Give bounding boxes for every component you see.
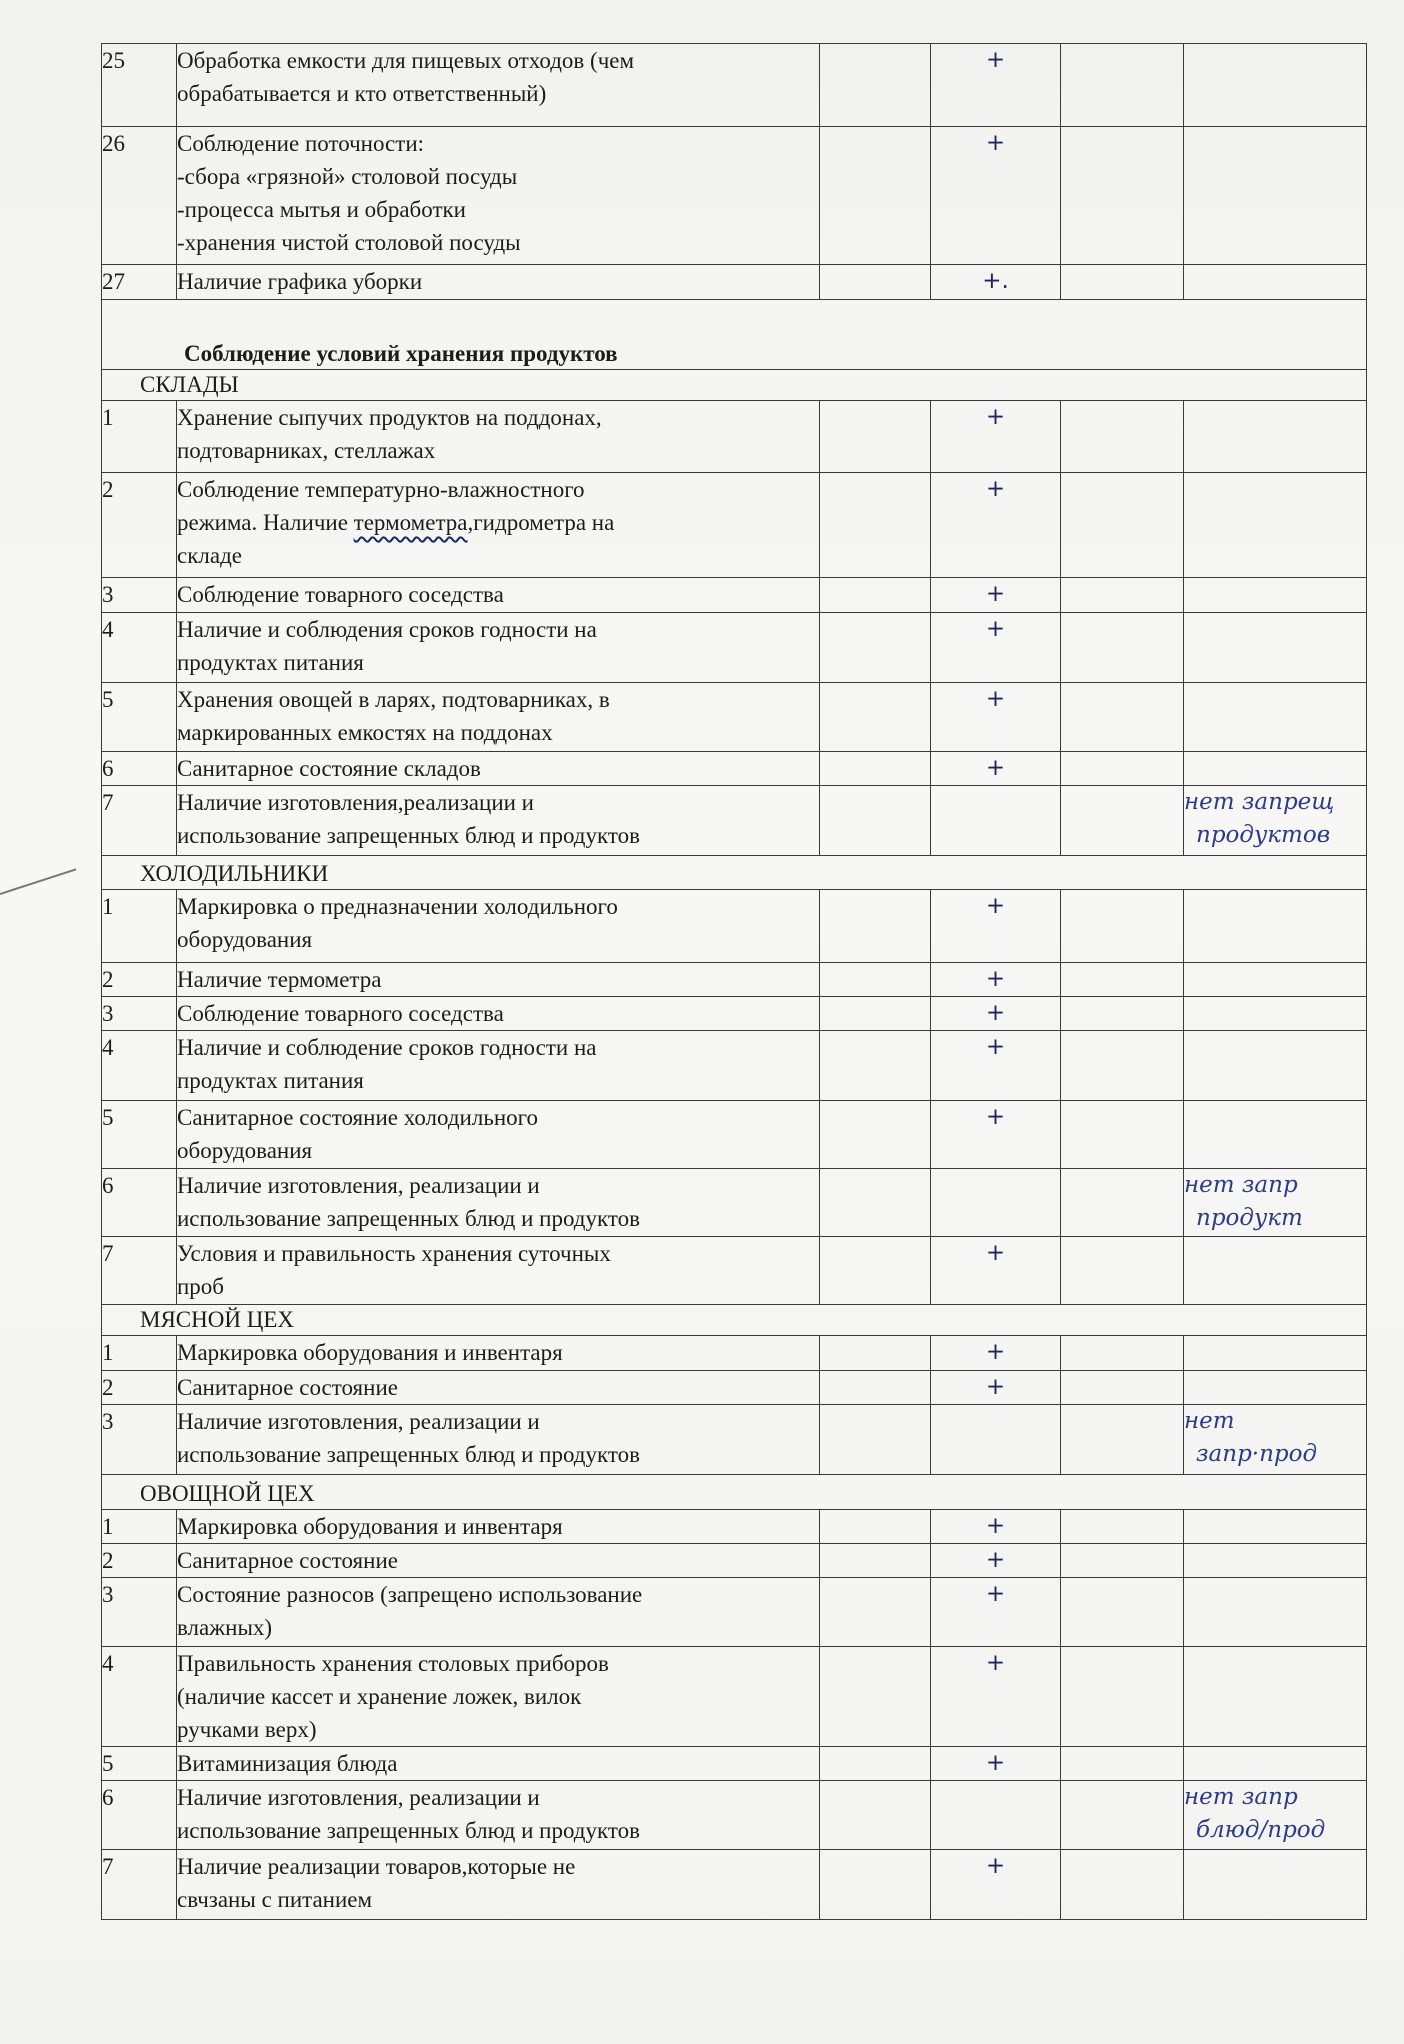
criterion-line: (наличие кассет и хранение ложек, вилок — [177, 1680, 819, 1713]
criterion-line: Обработка емкости для пищевых отходов (ч… — [177, 44, 819, 77]
table-row: 1Маркировка оборудования и инвентаря+ — [102, 1510, 1367, 1544]
criterion-line: Маркировка оборудования и инвентаря — [177, 1336, 819, 1369]
criterion-line: Хранения овощей в ларях, подтоварниках, … — [177, 683, 819, 716]
handwritten-plus-mark — [931, 1169, 1061, 1237]
cell-empty — [820, 786, 931, 856]
handwritten-plus-mark: + — [931, 401, 1061, 473]
subsection-title: СКЛАДЫ — [102, 370, 1367, 401]
cell-empty — [820, 1544, 931, 1578]
handwritten-plus-mark: + — [931, 578, 1061, 613]
row-criterion-text: Маркировка оборудования и инвентаря — [177, 1336, 820, 1371]
subsection-title: МЯСНОЙ ЦЕХ — [102, 1305, 1367, 1336]
handwritten-note: нет запрещпродуктов — [1184, 786, 1367, 856]
row-criterion-text: Наличие изготовления, реализации иисполь… — [177, 1781, 820, 1850]
criterion-line: ручками верх) — [177, 1713, 819, 1746]
row-criterion-text: Хранения овощей в ларях, подтоварниках, … — [177, 683, 820, 752]
cell-empty — [820, 1405, 931, 1475]
table-row: 27Наличие графика уборки+. — [102, 265, 1367, 300]
handwritten-plus-mark: + — [931, 1747, 1061, 1781]
cell-empty — [820, 613, 931, 683]
row-criterion-text: Санитарное состояние — [177, 1371, 820, 1405]
table-row: 1Маркировка о предназначении холодильног… — [102, 890, 1367, 963]
cell-empty — [1061, 1510, 1184, 1544]
table-row: 2Наличие термометра+ — [102, 963, 1367, 997]
handwritten-plus-mark: + — [931, 613, 1061, 683]
table-row: 3Соблюдение товарного соседства+ — [102, 578, 1367, 613]
cell-empty — [1061, 1237, 1184, 1305]
criterion-line: -процесса мытья и обработки — [177, 193, 819, 226]
cell-empty — [820, 1647, 931, 1747]
row-criterion-text: Маркировка оборудования и инвентаря — [177, 1510, 820, 1544]
row-number: 7 — [102, 1850, 177, 1920]
row-number: 1 — [102, 401, 177, 473]
handwritten-note — [1184, 1371, 1367, 1405]
handwritten-plus-mark: + — [931, 1578, 1061, 1647]
criterion-line: Санитарное состояние — [177, 1544, 819, 1577]
table-row: 26Соблюдение поточности:-сбора «грязной»… — [102, 127, 1367, 265]
cell-empty — [820, 44, 931, 127]
row-criterion-text: Маркировка о предназначении холодильного… — [177, 890, 820, 963]
handwritten-note — [1184, 683, 1367, 752]
row-criterion-text: Соблюдение температурно-влажностногорежи… — [177, 473, 820, 578]
handwritten-plus-mark: + — [931, 1101, 1061, 1169]
row-criterion-text: Обработка емкости для пищевых отходов (ч… — [177, 44, 820, 127]
row-criterion-text: Наличие термометра — [177, 963, 820, 997]
note-line: нет — [1184, 1405, 1366, 1438]
handwritten-plus-mark: + — [931, 683, 1061, 752]
criterion-line: Маркировка оборудования и инвентаря — [177, 1510, 819, 1543]
cell-empty — [1061, 997, 1184, 1031]
criterion-line: Санитарное состояние складов — [177, 752, 819, 785]
cell-empty — [820, 1169, 931, 1237]
table-row: 6Наличие изготовления, реализации ииспол… — [102, 1169, 1367, 1237]
row-number: 2 — [102, 1371, 177, 1405]
note-line: нет запрещ — [1184, 786, 1366, 819]
note-line: нет запр — [1184, 1781, 1366, 1814]
handwritten-plus-mark: + — [931, 1544, 1061, 1578]
cell-empty — [820, 401, 931, 473]
table-row: 7Наличие изготовления,реализации иисполь… — [102, 786, 1367, 856]
subsection-title: ОВОЩНОЙ ЦЕХ — [102, 1475, 1367, 1510]
handwritten-note — [1184, 1510, 1367, 1544]
cell-empty — [820, 265, 931, 300]
cell-empty — [820, 683, 931, 752]
cell-empty — [820, 1031, 931, 1101]
criterion-line: Наличие и соблюдения сроков годности на — [177, 613, 819, 646]
row-number: 4 — [102, 1647, 177, 1747]
handwritten-plus-mark — [931, 1781, 1061, 1850]
handwritten-plus-mark: + — [931, 963, 1061, 997]
row-criterion-text: Санитарное состояние складов — [177, 752, 820, 786]
handwritten-plus-mark: + — [931, 1336, 1061, 1371]
handwritten-note — [1184, 401, 1367, 473]
handwritten-plus-mark: + — [931, 44, 1061, 127]
table-row: 3Соблюдение товарного соседства+ — [102, 997, 1367, 1031]
handwritten-plus-mark: + — [931, 997, 1061, 1031]
handwritten-note — [1184, 265, 1367, 300]
criterion-line: Наличие изготовления, реализации и — [177, 1781, 819, 1814]
criterion-line: Наличие изготовления, реализации и — [177, 1405, 819, 1438]
cell-empty — [1061, 683, 1184, 752]
cell-empty — [1061, 1747, 1184, 1781]
criterion-line: Наличие графика уборки — [177, 265, 819, 298]
row-criterion-text: Наличие графика уборки — [177, 265, 820, 300]
inspection-checklist-table: 25Обработка емкости для пищевых отходов … — [101, 43, 1367, 1920]
cell-empty — [1061, 265, 1184, 300]
cell-empty — [820, 1850, 931, 1920]
row-number: 5 — [102, 1747, 177, 1781]
cell-empty — [820, 890, 931, 963]
row-criterion-text: Наличие изготовления,реализации ииспольз… — [177, 786, 820, 856]
row-criterion-text: Наличие изготовления, реализации иисполь… — [177, 1169, 820, 1237]
cell-empty — [820, 997, 931, 1031]
cell-empty — [820, 1747, 931, 1781]
handwritten-note — [1184, 1747, 1367, 1781]
criterion-line: Наличие термометра — [177, 963, 819, 996]
handwritten-plus-mark: + — [931, 1510, 1061, 1544]
cell-empty — [1061, 1336, 1184, 1371]
criterion-line: Наличие изготовления, реализации и — [177, 1169, 819, 1202]
handwritten-note — [1184, 1101, 1367, 1169]
stray-pen-stroke — [0, 868, 76, 895]
criterion-line: -сбора «грязной» столовой посуды — [177, 160, 819, 193]
row-number: 4 — [102, 1031, 177, 1101]
section-header-row: Соблюдение условий хранения продуктов — [102, 300, 1367, 370]
row-number: 4 — [102, 613, 177, 683]
handwritten-note — [1184, 1647, 1367, 1747]
handwritten-note — [1184, 1850, 1367, 1920]
row-criterion-text: Наличие изготовления, реализации иисполь… — [177, 1405, 820, 1475]
row-number: 5 — [102, 683, 177, 752]
row-criterion-text: Соблюдение поточности:-сбора «грязной» с… — [177, 127, 820, 265]
row-criterion-text: Условия и правильность хранения суточных… — [177, 1237, 820, 1305]
row-number: 3 — [102, 1578, 177, 1647]
handwritten-note — [1184, 890, 1367, 963]
handwritten-plus-mark: + — [931, 1647, 1061, 1747]
row-number: 2 — [102, 963, 177, 997]
criterion-line: Соблюдение температурно-влажностного — [177, 473, 819, 506]
cell-empty — [820, 473, 931, 578]
note-line: продукт — [1184, 1202, 1366, 1235]
criterion-line: продуктах питания — [177, 1064, 819, 1097]
section-header-row: ОВОЩНОЙ ЦЕХ — [102, 1475, 1367, 1510]
table-row: 4Наличие и соблюдение сроков годности на… — [102, 1031, 1367, 1101]
row-criterion-text: Соблюдение товарного соседства — [177, 997, 820, 1031]
handwritten-plus-mark: + — [931, 1371, 1061, 1405]
cell-empty — [820, 578, 931, 613]
criterion-line: Санитарное состояние холодильного — [177, 1101, 819, 1134]
criterion-line: Санитарное состояние — [177, 1371, 819, 1404]
row-number: 2 — [102, 1544, 177, 1578]
note-line: продуктов — [1184, 819, 1366, 852]
criterion-line: -хранения чистой столовой посуды — [177, 226, 819, 259]
row-number: 1 — [102, 1336, 177, 1371]
criterion-line: проб — [177, 1270, 819, 1303]
row-number: 2 — [102, 473, 177, 578]
handwritten-plus-mark: +. — [931, 265, 1061, 300]
row-number: 3 — [102, 997, 177, 1031]
criterion-line: Наличие реализации товаров,которые не — [177, 1850, 819, 1883]
cell-empty — [1061, 890, 1184, 963]
cell-empty — [1061, 1169, 1184, 1237]
handwritten-note — [1184, 1544, 1367, 1578]
cell-empty — [1061, 1647, 1184, 1747]
row-criterion-text: Наличие и соблюдение сроков годности нап… — [177, 1031, 820, 1101]
criterion-line: режима. Наличие термометра,гидрометра на — [177, 506, 819, 539]
cell-empty — [1061, 1781, 1184, 1850]
criterion-line: оборудования — [177, 923, 819, 956]
cell-empty — [820, 1510, 931, 1544]
criterion-line: Наличие и соблюдение сроков годности на — [177, 1031, 819, 1064]
row-criterion-text: Наличие и соблюдения сроков годности нап… — [177, 613, 820, 683]
cell-empty — [820, 1336, 931, 1371]
handwritten-note — [1184, 963, 1367, 997]
row-criterion-text: Санитарное состояние холодильногооборудо… — [177, 1101, 820, 1169]
table-row: 25Обработка емкости для пищевых отходов … — [102, 44, 1367, 127]
table-row: 4Наличие и соблюдения сроков годности на… — [102, 613, 1367, 683]
table-row: 3Наличие изготовления, реализации ииспол… — [102, 1405, 1367, 1475]
handwritten-note — [1184, 127, 1367, 265]
table-row: 2Санитарное состояние+ — [102, 1544, 1367, 1578]
section-header-row: СКЛАДЫ — [102, 370, 1367, 401]
criterion-line: Правильность хранения столовых приборов — [177, 1647, 819, 1680]
handwritten-plus-mark: + — [931, 127, 1061, 265]
row-number: 27 — [102, 265, 177, 300]
table-row: 5Хранения овощей в ларях, подтоварниках,… — [102, 683, 1367, 752]
cell-empty — [1061, 1578, 1184, 1647]
row-number: 25 — [102, 44, 177, 127]
handwritten-note: нет запрблюд/прод — [1184, 1781, 1367, 1850]
handwritten-note — [1184, 1237, 1367, 1305]
row-criterion-text: Состояние разносов (запрещено использова… — [177, 1578, 820, 1647]
table-row: 6Наличие изготовления, реализации ииспол… — [102, 1781, 1367, 1850]
table-row: 7Наличие реализации товаров,которые несв… — [102, 1850, 1367, 1920]
criterion-line: продуктах питания — [177, 646, 819, 679]
row-criterion-text: Санитарное состояние — [177, 1544, 820, 1578]
criterion-line: обрабатывается и кто ответственный) — [177, 77, 819, 110]
cell-empty — [820, 1371, 931, 1405]
cell-empty — [1061, 1031, 1184, 1101]
cell-empty — [1061, 473, 1184, 578]
criterion-line: Маркировка о предназначении холодильного — [177, 890, 819, 923]
table-row: 2Санитарное состояние+ — [102, 1371, 1367, 1405]
row-criterion-text: Хранение сыпучих продуктов на поддонах,п… — [177, 401, 820, 473]
handwritten-plus-mark: + — [931, 890, 1061, 963]
row-number: 26 — [102, 127, 177, 265]
cell-empty — [820, 1101, 931, 1169]
cell-empty — [1061, 1101, 1184, 1169]
note-line: нет запр — [1184, 1169, 1366, 1202]
table-row: 4Правильность хранения столовых приборов… — [102, 1647, 1367, 1747]
handwritten-note — [1184, 44, 1367, 127]
handwritten-note — [1184, 752, 1367, 786]
cell-empty — [1061, 752, 1184, 786]
section-title: Соблюдение условий хранения продуктов — [102, 300, 1367, 370]
handwritten-note — [1184, 1578, 1367, 1647]
handwritten-note — [1184, 613, 1367, 683]
handwritten-note: нет запрпродукт — [1184, 1169, 1367, 1237]
cell-empty — [820, 752, 931, 786]
row-number: 6 — [102, 1781, 177, 1850]
table-row: 3Состояние разносов (запрещено использов… — [102, 1578, 1367, 1647]
table-row: 1Хранение сыпучих продуктов на поддонах,… — [102, 401, 1367, 473]
cell-empty — [1061, 401, 1184, 473]
subsection-title: ХОЛОДИЛЬНИКИ — [102, 856, 1367, 890]
cell-empty — [1061, 44, 1184, 127]
cell-empty — [1061, 1544, 1184, 1578]
table-row: 2Соблюдение температурно-влажностногореж… — [102, 473, 1367, 578]
handwritten-plus-mark — [931, 1405, 1061, 1475]
criterion-line: Хранение сыпучих продуктов на поддонах, — [177, 401, 819, 434]
handwritten-plus-mark: + — [931, 1850, 1061, 1920]
criterion-line: складе — [177, 539, 819, 572]
handwritten-note — [1184, 578, 1367, 613]
table-row: 6Санитарное состояние складов+ — [102, 752, 1367, 786]
criterion-line: Условия и правильность хранения суточных — [177, 1237, 819, 1270]
row-criterion-text: Правильность хранения столовых приборов(… — [177, 1647, 820, 1747]
criterion-line: Витаминизация блюда — [177, 1747, 819, 1780]
criterion-line: использование запрещенных блюд и продукт… — [177, 1202, 819, 1235]
handwritten-plus-mark: + — [931, 752, 1061, 786]
handwritten-plus-mark: + — [931, 473, 1061, 578]
row-criterion-text: Витаминизация блюда — [177, 1747, 820, 1781]
handwritten-note — [1184, 1336, 1367, 1371]
criterion-line: Соблюдение товарного соседства — [177, 578, 819, 611]
row-number: 7 — [102, 786, 177, 856]
handwritten-plus-mark — [931, 786, 1061, 856]
cell-empty — [1061, 127, 1184, 265]
scanned-page: 25Обработка емкости для пищевых отходов … — [0, 0, 1404, 2044]
cell-empty — [1061, 1371, 1184, 1405]
row-number: 1 — [102, 1510, 177, 1544]
note-line: блюд/прод — [1184, 1814, 1366, 1847]
cell-empty — [1061, 1850, 1184, 1920]
criterion-line: использование запрещенных блюд и продукт… — [177, 1438, 819, 1471]
cell-empty — [1061, 578, 1184, 613]
handwritten-note — [1184, 1031, 1367, 1101]
cell-empty — [1061, 1405, 1184, 1475]
criterion-line: подтоварниках, стеллажах — [177, 434, 819, 467]
criterion-line: свчзаны с питанием — [177, 1883, 819, 1916]
criterion-line: использование запрещенных блюд и продукт… — [177, 1814, 819, 1847]
handwritten-underline: термометра — [354, 510, 468, 535]
criterion-line: Состояние разносов (запрещено использова… — [177, 1578, 819, 1611]
criterion-line: оборудования — [177, 1134, 819, 1167]
row-number: 6 — [102, 752, 177, 786]
section-header-row: МЯСНОЙ ЦЕХ — [102, 1305, 1367, 1336]
cell-empty — [820, 1781, 931, 1850]
cell-empty — [1061, 963, 1184, 997]
handwritten-note: нетзапр·прод — [1184, 1405, 1367, 1475]
table-row: 5Санитарное состояние холодильногооборуд… — [102, 1101, 1367, 1169]
criterion-line: Соблюдение поточности: — [177, 127, 819, 160]
criterion-line: маркированных емкостях на поддонах — [177, 716, 819, 749]
cell-empty — [820, 127, 931, 265]
row-number: 3 — [102, 1405, 177, 1475]
criterion-line: использование запрещенных блюд и продукт… — [177, 819, 819, 852]
cell-empty — [820, 1237, 931, 1305]
row-criterion-text: Соблюдение товарного соседства — [177, 578, 820, 613]
table-row: 1Маркировка оборудования и инвентаря+ — [102, 1336, 1367, 1371]
criterion-line: влажных) — [177, 1611, 819, 1644]
row-number: 7 — [102, 1237, 177, 1305]
cell-empty — [820, 963, 931, 997]
row-number: 6 — [102, 1169, 177, 1237]
handwritten-plus-mark: + — [931, 1237, 1061, 1305]
cell-empty — [1061, 613, 1184, 683]
table-row: 5Витаминизация блюда+ — [102, 1747, 1367, 1781]
handwritten-note — [1184, 997, 1367, 1031]
note-line: запр·прод — [1184, 1438, 1366, 1471]
row-number: 5 — [102, 1101, 177, 1169]
section-header-row: ХОЛОДИЛЬНИКИ — [102, 856, 1367, 890]
row-number: 1 — [102, 890, 177, 963]
criterion-line: Соблюдение товарного соседства — [177, 997, 819, 1030]
cell-empty — [1061, 786, 1184, 856]
handwritten-note — [1184, 473, 1367, 578]
table-row: 7Условия и правильность хранения суточны… — [102, 1237, 1367, 1305]
row-number: 3 — [102, 578, 177, 613]
row-criterion-text: Наличие реализации товаров,которые несвч… — [177, 1850, 820, 1920]
criterion-line: Наличие изготовления,реализации и — [177, 786, 819, 819]
handwritten-plus-mark: + — [931, 1031, 1061, 1101]
cell-empty — [820, 1578, 931, 1647]
